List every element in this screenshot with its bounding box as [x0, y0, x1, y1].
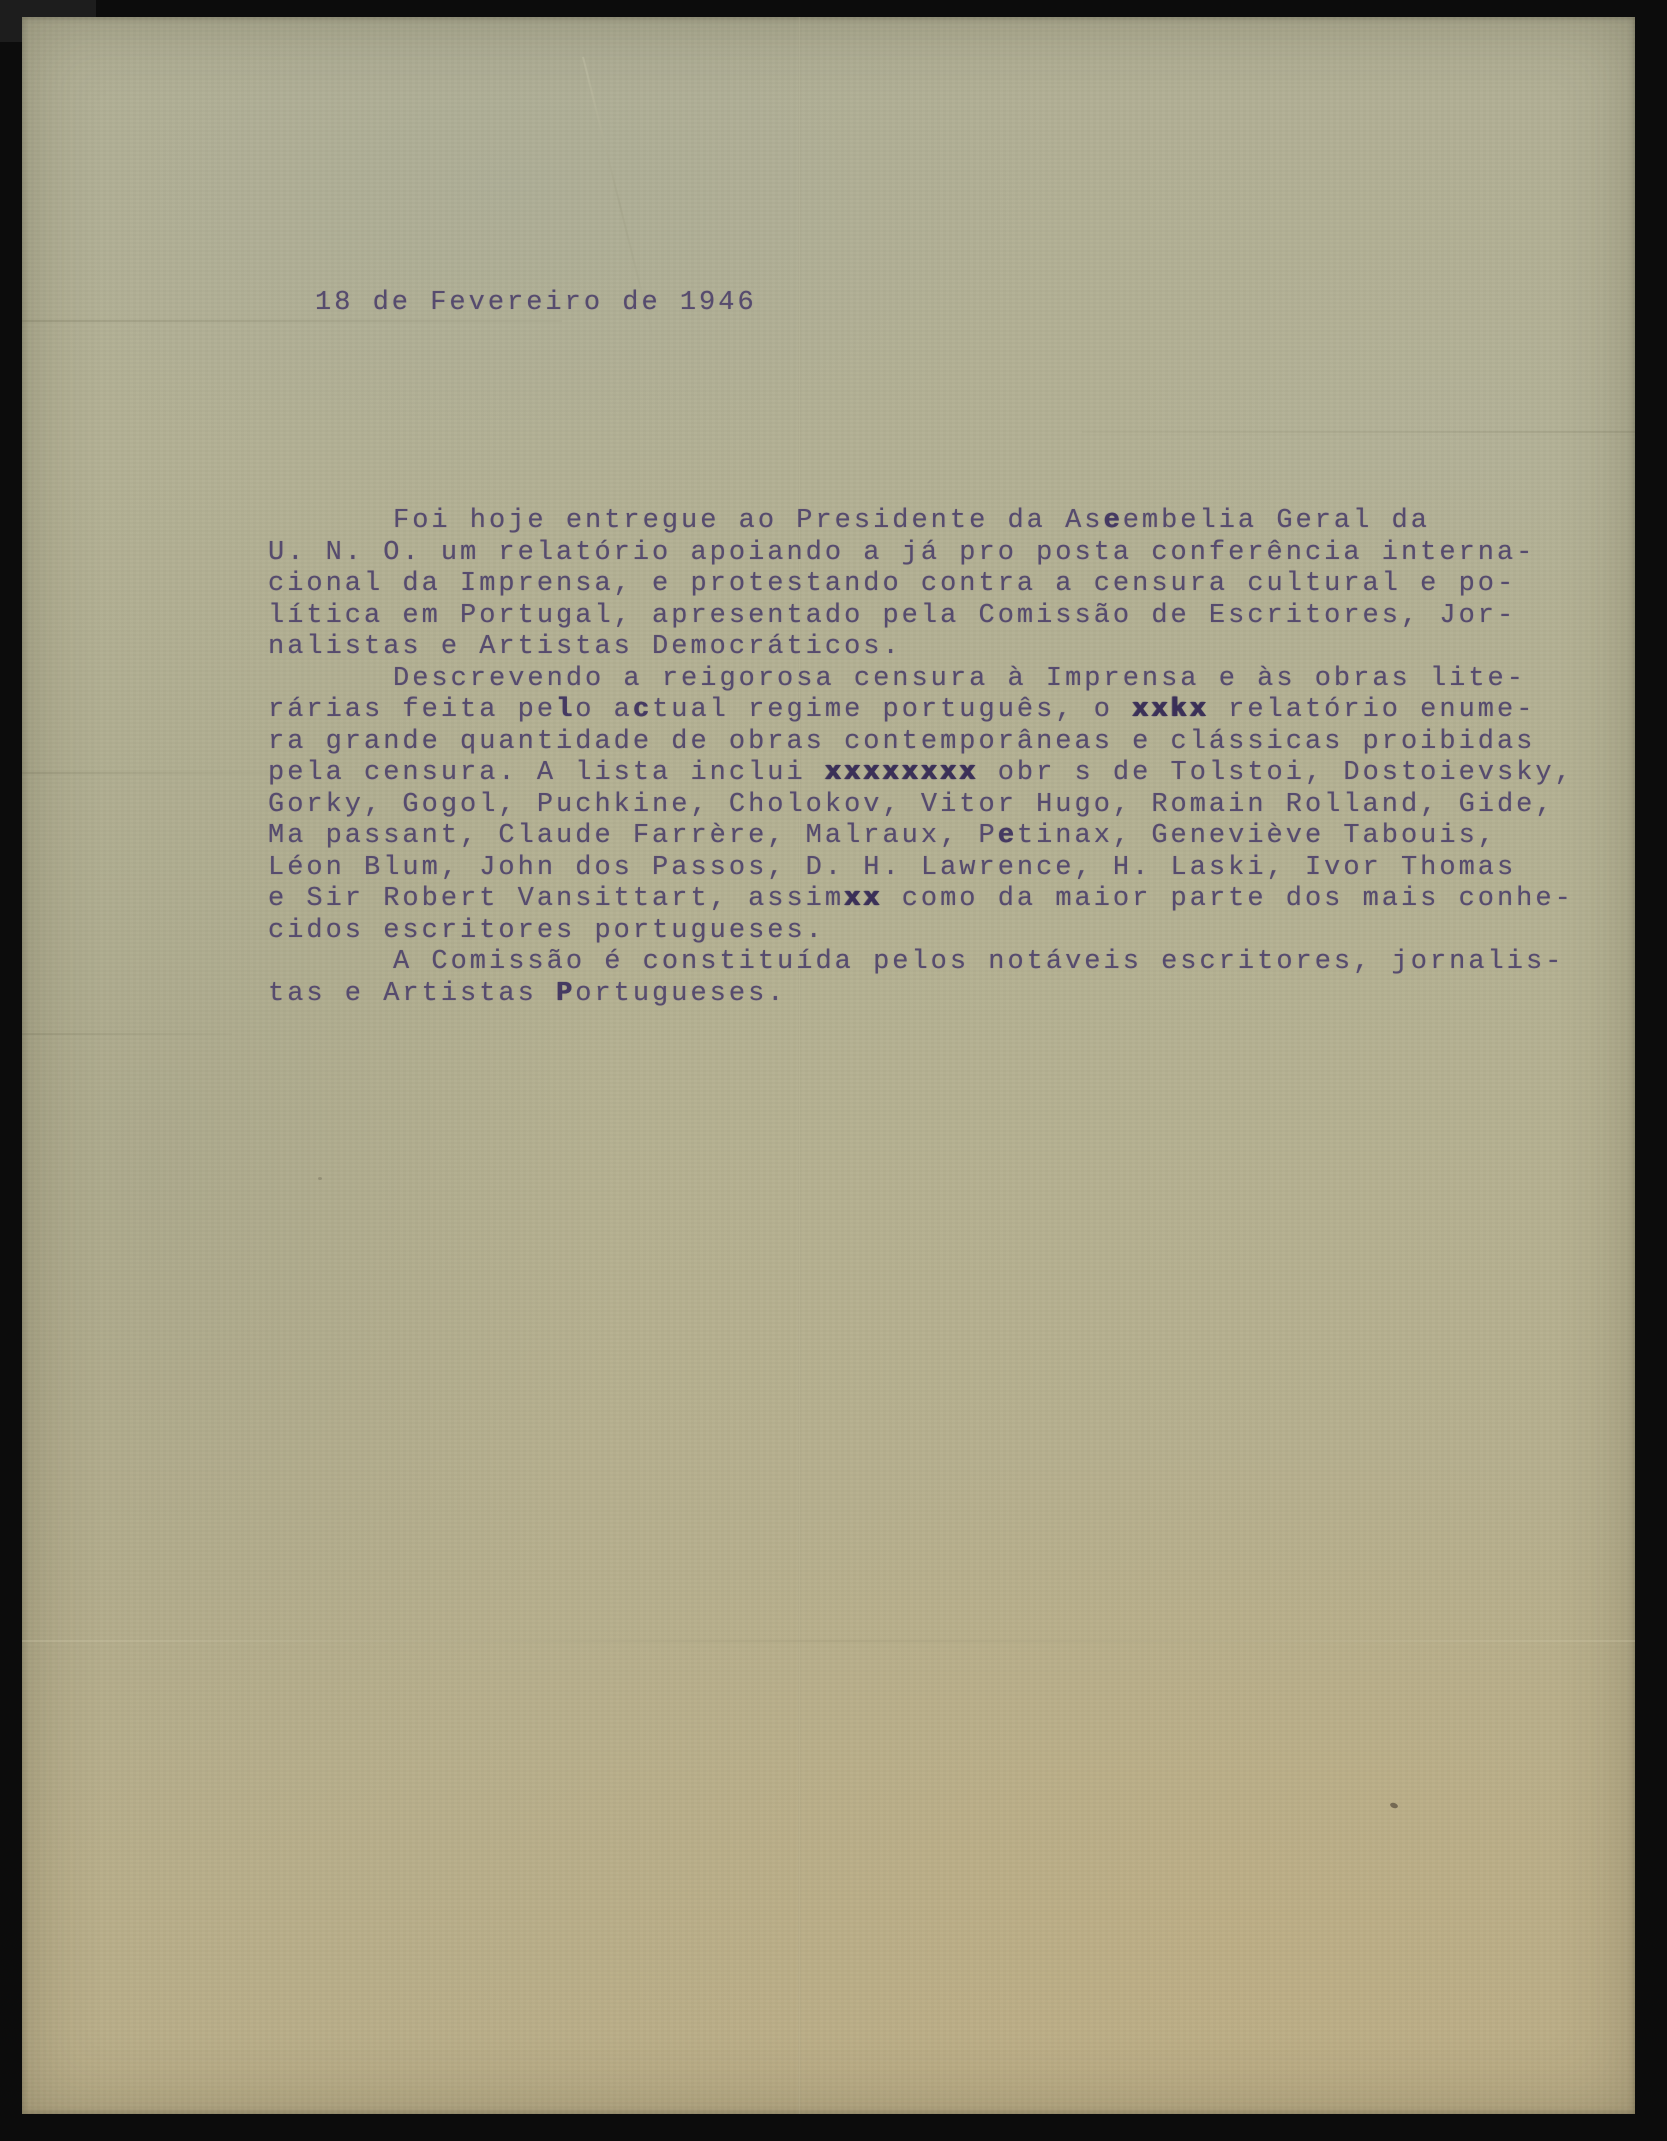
- typed-line: Léon Blum, John dos Passos, D. H. Lawren…: [268, 853, 1638, 885]
- text-run: A Comissão é constituída pelos notáveis …: [393, 947, 1564, 977]
- text-run: cidos escritores portugueses.: [268, 916, 825, 946]
- typed-line: nalistas e Artistas Democráticos.: [268, 632, 1638, 664]
- text-run: Descrevendo a reigorosa censura à Impren…: [393, 664, 1526, 694]
- typed-line: e Sir Robert Vansittart, assimxx como da…: [268, 884, 1638, 916]
- text-run: pela censura. A lista inclui: [268, 758, 825, 788]
- text-run: tas e Artistas: [268, 979, 556, 1009]
- text-run: como da maior parte dos mais conhe-: [883, 884, 1574, 914]
- text-run: obr s de Tolstoi, Dostoievsky,: [979, 758, 1574, 788]
- typed-line: U. N. O. um relatório apoiando a já pro …: [268, 538, 1638, 570]
- text-run: nalistas e Artistas Democráticos.: [268, 632, 902, 662]
- overstrike-run: e: [998, 821, 1017, 851]
- typed-line: Gorky, Gogol, Puchkine, Cholokov, Vitor …: [268, 790, 1638, 822]
- typed-line: ra grande quantidade de obras contemporâ…: [268, 727, 1638, 759]
- text-run: rárias feita pe: [268, 695, 556, 725]
- date-line: 18 de Fevereiro de 1946: [315, 288, 757, 318]
- overstrike-run: c: [633, 695, 652, 725]
- text-run: lítica em Portugal, apresentado pela Com…: [268, 601, 1516, 631]
- text-run: o a: [575, 695, 633, 725]
- text-run: cional da Imprensa, e protestando contra…: [268, 569, 1516, 599]
- typed-line: Descrevendo a reigorosa censura à Impren…: [268, 664, 1638, 696]
- typed-line: Ma passant, Claude Farrère, Malraux, Pet…: [268, 821, 1638, 853]
- struck-out-text: xx: [844, 884, 882, 914]
- typed-line: cidos escritores portugueses.: [268, 916, 1638, 948]
- text-run: Léon Blum, John dos Passos, D. H. Lawren…: [268, 853, 1516, 883]
- text-run: Ma passant, Claude Farrère, Malraux, P: [268, 821, 998, 851]
- typed-line: A Comissão é constituída pelos notáveis …: [268, 947, 1638, 979]
- text-run: embelia Geral da: [1123, 506, 1430, 536]
- text-run: Foi hoje entregue ao Presidente da As: [393, 506, 1104, 536]
- typed-line: rárias feita pelo actual regime portuguê…: [268, 695, 1638, 727]
- text-run: relatório enume-: [1209, 695, 1535, 725]
- overstrike-run: l: [556, 695, 575, 725]
- text-run: U. N. O. um relatório apoiando a já pro …: [268, 538, 1535, 568]
- typed-line: cional da Imprensa, e protestando contra…: [268, 569, 1638, 601]
- text-run: e Sir Robert Vansittart, assim: [268, 884, 844, 914]
- text-run: ra grande quantidade de obras contemporâ…: [268, 727, 1535, 757]
- text-run: tual regime português, o: [652, 695, 1132, 725]
- typed-line: Foi hoje entregue ao Presidente da Aseem…: [268, 506, 1638, 538]
- paper: 18 de Fevereiro de 1946 Foi hoje entregu…: [22, 17, 1635, 2114]
- typed-line: lítica em Portugal, apresentado pela Com…: [268, 601, 1638, 633]
- struck-out-text: xxxxxxxx: [825, 758, 979, 788]
- typed-text-block: Foi hoje entregue ao Presidente da Aseem…: [268, 506, 1638, 1010]
- typed-line: pela censura. A lista inclui xxxxxxxx ob…: [268, 758, 1638, 790]
- overstrike-run: P: [556, 979, 575, 1009]
- typed-line: tas e Artistas Portugueses.: [268, 979, 1638, 1011]
- text-run: tinax, Geneviève Tabouis,: [1017, 821, 1497, 851]
- text-run: Gorky, Gogol, Puchkine, Cholokov, Vitor …: [268, 790, 1555, 820]
- paper-grain: [22, 17, 1635, 2114]
- overstrike-run: e: [1104, 506, 1123, 536]
- struck-out-text: xxkx: [1132, 695, 1209, 725]
- text-run: ortugueses.: [575, 979, 786, 1009]
- ink-speck: [318, 1177, 322, 1180]
